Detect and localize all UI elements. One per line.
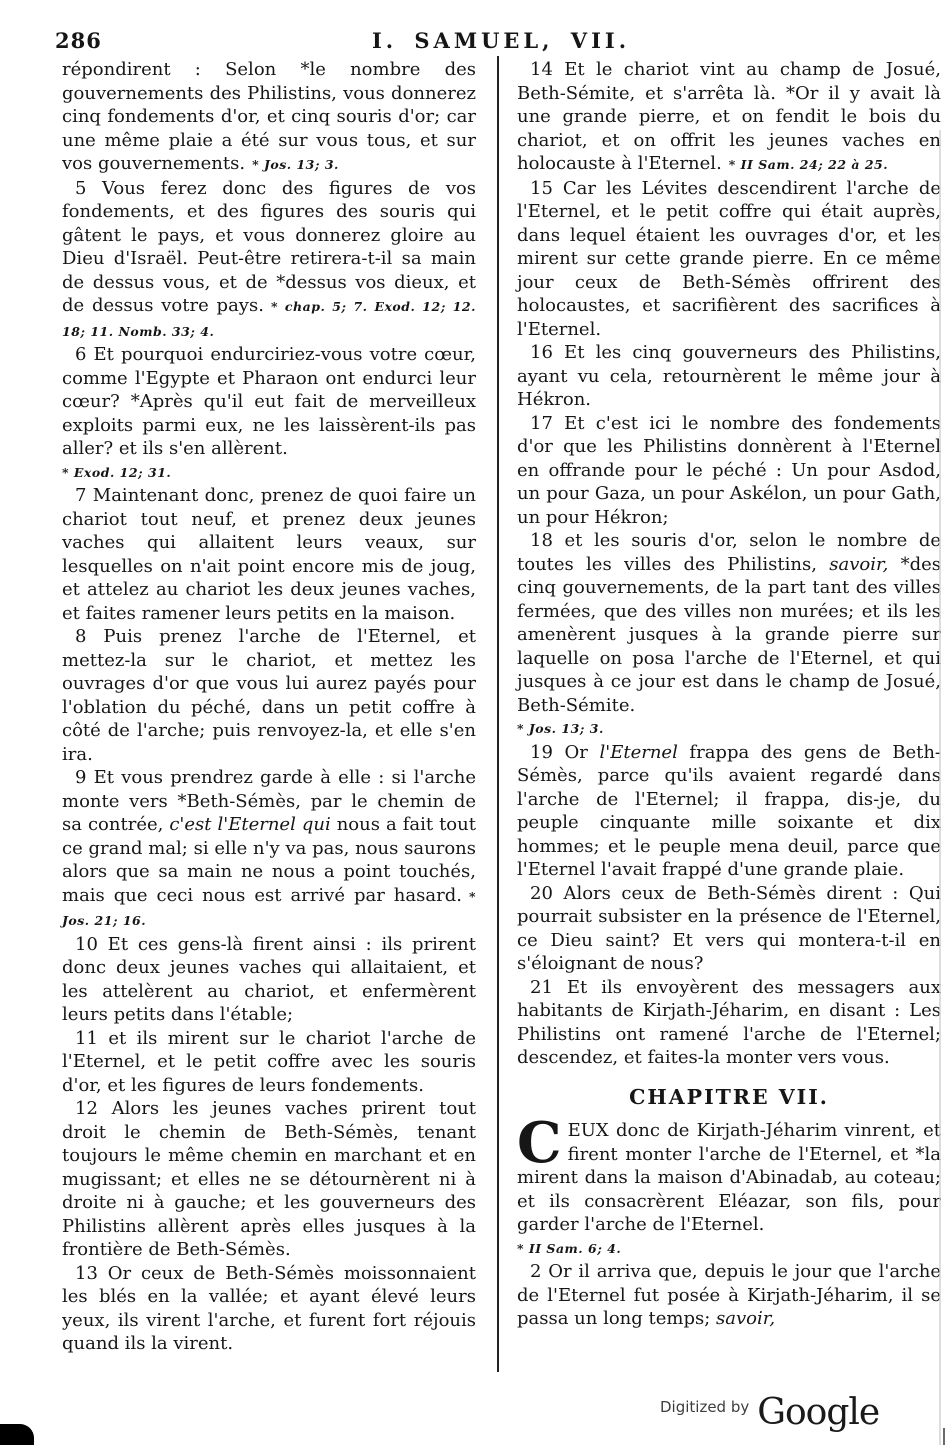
verse-text: 21 Et ils envoyèrent des messagers aux h… bbox=[517, 977, 941, 1069]
verse-paragraph: 9 Et vous prendrez garde à elle : si l'a… bbox=[62, 766, 476, 933]
verse-paragraph: 12 Alors les jeunes vaches prirent tout … bbox=[62, 1097, 476, 1262]
ink-smudge-artifact bbox=[0, 1424, 34, 1445]
verse-paragraph: 2 Or il arriva que, depuis le jour que l… bbox=[517, 1260, 941, 1331]
digitized-by-label: Digitized by bbox=[660, 1398, 749, 1416]
cross-reference: * Exod. 12; 31. bbox=[62, 461, 476, 485]
verse-text: 19 Or bbox=[530, 742, 599, 763]
verse-text: 13 Or ceux de Beth-Sémès moissonnaient l… bbox=[62, 1263, 476, 1355]
verse-italic-text: savoir, bbox=[829, 554, 888, 575]
running-title: I. SAMUEL, VII. bbox=[62, 28, 940, 53]
column-divider-rule bbox=[497, 56, 499, 1372]
verse-paragraph: 10 Et ces gens-là firent ainsi : ils pri… bbox=[62, 933, 476, 1027]
verse-text: 10 Et ces gens-là firent ainsi : ils pri… bbox=[62, 934, 476, 1026]
verse-paragraph: 15 Car les Lévites descendirent l'arche … bbox=[517, 177, 941, 342]
running-header: 286 I. SAMUEL, VII. bbox=[62, 28, 940, 58]
scanned-book-page: 286 I. SAMUEL, VII. répondirent : Selon … bbox=[0, 0, 949, 1445]
verse-paragraph: répondirent : Selon *le nombre des gouve… bbox=[62, 58, 476, 177]
verse-text: 11 et ils mirent sur le chariot l'arche … bbox=[62, 1028, 476, 1096]
verse-paragraph: 8 Puis prenez l'arche de l'Eternel, et m… bbox=[62, 625, 476, 766]
drop-cap-initial: C bbox=[517, 1119, 568, 1165]
verse-text: *des cinq gouvernements, de la part tant… bbox=[517, 554, 941, 716]
verse-text: 7 Maintenant donc, prenez de quoi faire … bbox=[62, 485, 476, 624]
verse-paragraph: 19 Or l'Eternel frappa des gens de Beth-… bbox=[517, 741, 941, 882]
verse-text: 20 Alors ceux de Beth-Sémès dirent : Qui… bbox=[517, 883, 941, 975]
digitization-watermark: Digitized byGoogle bbox=[660, 1392, 879, 1433]
google-logo: Google bbox=[757, 1392, 879, 1433]
verse-italic-text: c'est l'Eternel qui bbox=[169, 814, 330, 835]
right-text-column: 14 Et le chariot vint au champ de Josué,… bbox=[517, 58, 941, 1331]
verse-italic-text: savoir, bbox=[716, 1308, 775, 1329]
verse-paragraph: 13 Or ceux de Beth-Sémès moissonnaient l… bbox=[62, 1262, 476, 1356]
scan-edge-line bbox=[939, 130, 941, 1445]
cross-reference: * II Sam. 24; 22 à 25. bbox=[729, 157, 888, 172]
verse-text: 5 Vous ferez donc des figures de vos fon… bbox=[62, 178, 476, 317]
verse-paragraph: 18 et les souris d'or, selon le nombre d… bbox=[517, 529, 941, 741]
verse-text: 8 Puis prenez l'arche de l'Eternel, et m… bbox=[62, 626, 476, 765]
verse-text: 17 Et c'est ici le nombre des fondements… bbox=[517, 413, 941, 528]
cross-reference: * Jos. 13; 3. bbox=[517, 717, 941, 741]
verse-paragraph: 5 Vous ferez donc des figures de vos fon… bbox=[62, 177, 476, 344]
verse-paragraph: 16 Et les cinq gouverneurs des Philistin… bbox=[517, 341, 941, 412]
left-text-column: répondirent : Selon *le nombre des gouve… bbox=[62, 58, 476, 1356]
verse-paragraph: 6 Et pourquoi endurciriez-vous votre cœu… bbox=[62, 343, 476, 484]
verse-paragraph: CEUX donc de Kirjath-Jéharim vinrent, et… bbox=[517, 1119, 941, 1260]
verse-text: 15 Car les Lévites descendirent l'arche … bbox=[517, 178, 941, 340]
verse-paragraph: 11 et ils mirent sur le chariot l'arche … bbox=[62, 1027, 476, 1098]
verse-paragraph: 21 Et ils envoyèrent des messagers aux h… bbox=[517, 976, 941, 1070]
chapter-heading: CHAPITRE VII. bbox=[517, 1086, 941, 1110]
cross-reference: * II Sam. 6; 4. bbox=[517, 1237, 941, 1261]
verse-paragraph: 14 Et le chariot vint au champ de Josué,… bbox=[517, 58, 941, 177]
verse-text: 12 Alors les jeunes vaches prirent tout … bbox=[62, 1098, 476, 1260]
verse-paragraph: 17 Et c'est ici le nombre des fondements… bbox=[517, 412, 941, 530]
verse-paragraph: 20 Alors ceux de Beth-Sémès dirent : Qui… bbox=[517, 882, 941, 976]
cross-reference: * Jos. 13; 3. bbox=[252, 157, 339, 172]
page-number: 286 bbox=[55, 28, 102, 53]
verse-text: EUX donc de Kirjath-Jéharim vinrent, et … bbox=[517, 1120, 941, 1235]
verse-paragraph: 7 Maintenant donc, prenez de quoi faire … bbox=[62, 484, 476, 625]
verse-text: 16 Et les cinq gouverneurs des Philistin… bbox=[517, 342, 941, 410]
scan-edge-mark bbox=[943, 1428, 945, 1445]
verse-text: 6 Et pourquoi endurciriez-vous votre cœu… bbox=[62, 344, 476, 459]
verse-italic-text: l'Eternel bbox=[599, 742, 677, 763]
